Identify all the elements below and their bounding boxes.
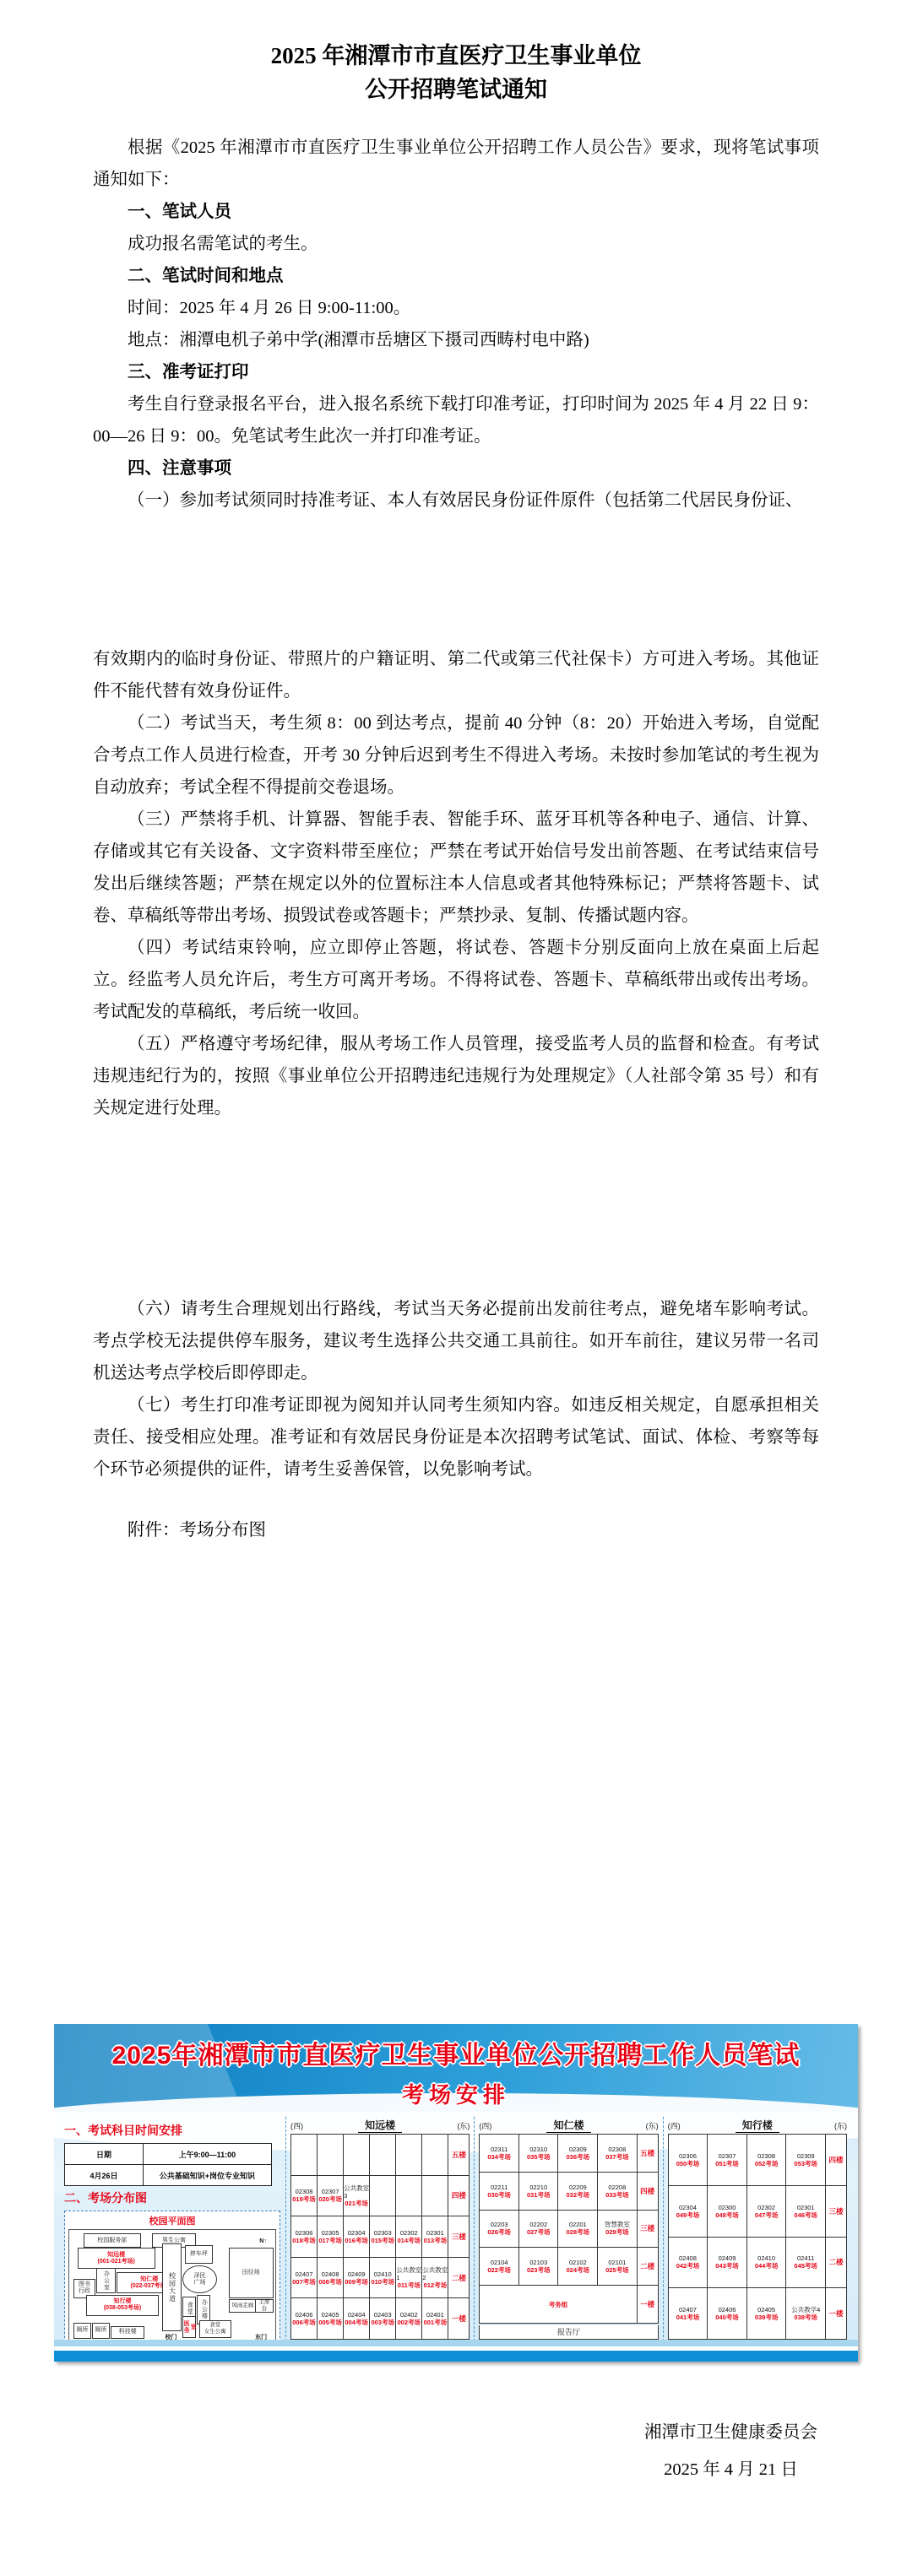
exam-hall-number: 024考场 — [567, 2266, 590, 2274]
exam-room-cell — [422, 2176, 448, 2216]
exam-hall-number: 040考场 — [715, 2314, 739, 2321]
exam-room-cell: 02401001考场 — [422, 2298, 448, 2339]
room-number: 02102 — [569, 2259, 587, 2266]
map-campus-service: 校园服务部 — [84, 2233, 140, 2248]
buildings-row: (西)知远楼(东)五楼02308019考场02307020考场公共教室3021考… — [285, 2117, 851, 2341]
room-number: 02405 — [757, 2306, 775, 2314]
paragraph: 二、笔试时间和地点 — [93, 260, 819, 292]
exam-hall-number: 046考场 — [794, 2211, 817, 2219]
exam-room-cell: 02203026考场 — [480, 2211, 519, 2248]
exam-room-cell: 02306018考场 — [291, 2216, 318, 2257]
floor-label: 一楼 — [448, 2298, 469, 2339]
exam-hall-number: 031考场 — [527, 2191, 551, 2199]
exam-room-poster: 2025年湘潭市市直医疗卫生事业单位公开招聘工作人员笔试 考场安排 一、考试科目… — [54, 2024, 858, 2362]
exam-hall-number: 041考场 — [676, 2314, 700, 2321]
map-zemin-plaza: 泽民广场 — [182, 2265, 217, 2293]
paragraph: （六）请考生合理规划出行路线，考试当天务必提前出发前往考点，避免堵车影响考试。考… — [93, 1293, 819, 1389]
exam-room-cell: 02104022考场 — [480, 2248, 519, 2285]
room-number: 02304 — [348, 2229, 366, 2237]
poster-content: 一、考试科目时间安排 日期上午9:00—11:004月26日公共基础知识+岗位专… — [54, 2112, 858, 2341]
schedule-row: 日期上午9:00—11:00 — [65, 2144, 272, 2165]
room-number: 02301 — [426, 2229, 444, 2237]
exam-room-cell: 公共教室2012考场 — [422, 2258, 448, 2298]
west-label: (西) — [479, 2120, 491, 2131]
exam-room-cell: 02209032考场 — [558, 2173, 598, 2210]
exam-room-cell: 02306050考场 — [669, 2135, 708, 2185]
room-number: 02406 — [296, 2311, 313, 2319]
exam-hall-number: 016考场 — [345, 2237, 368, 2244]
west-label: (西) — [668, 2120, 681, 2131]
exam-hall-number: 033考场 — [605, 2191, 629, 2199]
exam-room-cell — [422, 2135, 448, 2175]
exam-hall-number: 028考场 — [567, 2228, 590, 2236]
exam-hall-number: 005考场 — [318, 2319, 342, 2326]
paragraph: 附件：考场分布图 — [93, 1514, 819, 1546]
room-number: 02310 — [529, 2146, 547, 2153]
paragraph: 时间：2025 年 4 月 26 日 9:00-11:00。 — [93, 292, 819, 324]
room-number: 02407 — [679, 2306, 697, 2314]
schedule-cell: 公共基础知识+岗位专业知识 — [144, 2165, 272, 2186]
room-number: 02104 — [491, 2259, 508, 2266]
exam-room-cell: 智慧教室029考场 — [598, 2211, 638, 2248]
paragraph: （三）严禁将手机、计算器、智能手表、智能手环、蓝牙耳机等各种电子、通信、计算、存… — [93, 804, 819, 932]
west-label: (西) — [290, 2120, 303, 2131]
exam-room-cell: 02302014考场 — [396, 2216, 422, 2257]
floor-label: 五楼 — [448, 2135, 469, 2175]
map-label-line: 广场 — [193, 2280, 205, 2286]
exam-hall-number: 考务组 — [549, 2301, 568, 2308]
floor-row: 02407041考场02406040考场02405039考场公共教学4038考场… — [669, 2288, 846, 2339]
exam-hall-number: 044考场 — [755, 2262, 779, 2270]
schedule-cell: 4月26日 — [65, 2165, 144, 2186]
exam-room-cell: 02201028考场 — [558, 2211, 598, 2248]
room-number: 02305 — [322, 2229, 339, 2237]
exam-room-cell: 公共教室3021考场 — [344, 2176, 370, 2216]
room-number: 02401 — [426, 2311, 444, 2319]
exam-room-cell: 02410044考场 — [747, 2238, 787, 2288]
exam-room-cell: 02308019考场 — [291, 2176, 318, 2216]
poster-banner: 2025年湘潭市市直医疗卫生事业单位公开招聘工作人员笔试 考场安排 — [54, 2024, 858, 2112]
building-floor-grid: 02306050考场02307051考场02308052考场02309053考场… — [668, 2134, 847, 2340]
exam-hall-number: 007考场 — [292, 2278, 316, 2286]
paragraph: 四、注意事项 — [93, 452, 819, 484]
floor-row: 02304049考场02300048考场02302047考场02301046考场… — [669, 2186, 846, 2238]
exam-hall-number: 051考场 — [715, 2160, 739, 2167]
exam-hall-number: 043考场 — [715, 2262, 739, 2270]
map-science-building: 科技楼 — [111, 2326, 145, 2340]
exam-hall-number: 039考场 — [755, 2314, 779, 2321]
paragraph: 考生自行登录报名平台，进入报名系统下载打印准考证，打印时间为 2025 年 4 … — [93, 388, 819, 452]
building-name: 知行楼 — [736, 2118, 779, 2133]
schedule-cell: 上午9:00—11:00 — [144, 2144, 272, 2165]
building-name: 知仁楼 — [546, 2118, 590, 2133]
exam-hall-number: 048考场 — [715, 2211, 739, 2219]
room-number: 02404 — [348, 2311, 366, 2319]
exam-hall-number: 013考场 — [424, 2237, 448, 2244]
room-number: 公共教室3 — [344, 2184, 369, 2200]
exam-hall-number: 002考场 — [398, 2319, 421, 2326]
exam-room-cell: 公共教学4038考场 — [786, 2288, 826, 2339]
exam-hall-number: 047考场 — [755, 2211, 779, 2219]
room-number: 公共教室2 — [422, 2266, 448, 2281]
floor-row: 02407007考场02408008考场02409009考场02410010考场… — [291, 2258, 469, 2299]
exam-room-cell: 02211030考场 — [480, 2173, 519, 2210]
poster-left-column: 一、考试科目时间安排 日期上午9:00—11:004月26日公共基础知识+岗位专… — [61, 2117, 285, 2341]
exam-room-cell: 02407007考场 — [291, 2258, 318, 2298]
poster-banner-subtitle: 考场安排 — [54, 2078, 858, 2109]
room-number: 02406 — [719, 2306, 736, 2314]
exam-hall-number: 010考场 — [371, 2278, 394, 2286]
exam-room-cell: 02311034考场 — [480, 2135, 519, 2172]
schedule-row: 4月26日公共基础知识+岗位专业知识 — [65, 2165, 272, 2186]
exam-room-cell: 02302047考场 — [747, 2186, 787, 2237]
exam-room-cell: 02304016考场 — [344, 2216, 370, 2257]
building-header: (西)知远楼(东) — [290, 2117, 470, 2134]
building-panel-知远楼: (西)知远楼(东)五楼02308019考场02307020考场公共教室3021考… — [285, 2117, 474, 2341]
room-number: 02409 — [348, 2270, 366, 2278]
stripe-light — [54, 2340, 858, 2346]
document-page: 2025 年湘潭市市直医疗卫生事业单位 公开招聘笔试通知 根据《2025 年湘潭… — [0, 0, 912, 1546]
exam-hall-number: 035考场 — [527, 2153, 551, 2161]
exam-room-cell: 02406006考场 — [291, 2298, 318, 2339]
exam-room-cell: 02309036考场 — [558, 2135, 598, 2172]
floor-row: 02308019考场02307020考场公共教室3021考场四楼 — [291, 2176, 469, 2217]
room-number: 02410 — [374, 2270, 392, 2278]
room-number: 02302 — [757, 2204, 775, 2211]
exam-room-cell: 02202027考场 — [519, 2211, 559, 2248]
exam-room-cell: 02409009考场 — [344, 2258, 370, 2298]
exam-room-cell — [370, 2176, 396, 2216]
exam-room-cell: 02405039考场 — [747, 2288, 787, 2339]
exam-room-cell — [396, 2176, 422, 2216]
paragraph: 有效期内的临时身份证、带照片的户籍证明、第二代或第三代社保卡）方可进入考场。其他… — [93, 643, 819, 707]
signature-block: 湘潭市卫生健康委员会 2025 年 4 月 21 日 — [644, 2414, 817, 2488]
map-parking: 停车坪 — [185, 2245, 213, 2263]
exam-hall-number: 009考场 — [345, 2278, 368, 2286]
building-floor-grid: 02311034考场02310035考场02309036考场02308037考场… — [479, 2134, 658, 2324]
floor-row: 五楼 — [291, 2135, 469, 2176]
paragraph: 一、笔试人员 — [93, 196, 819, 228]
room-number: 02407 — [296, 2270, 313, 2278]
map-campus-avenue: 校园大道 — [162, 2243, 182, 2331]
exam-room-cell: 02301046考场 — [786, 2186, 826, 2237]
poster-bottom-stripes — [54, 2340, 858, 2362]
floor-label: 二楼 — [826, 2238, 846, 2288]
exam-hall-number: 022考场 — [487, 2266, 511, 2274]
exam-hall-number: 008考场 — [318, 2278, 342, 2286]
exam-room-cell: 02300048考场 — [708, 2186, 747, 2237]
floor-row: 02306050考场02307051考场02308052考场02309053考场… — [669, 2135, 846, 2186]
exam-hall-number: 004考场 — [345, 2319, 368, 2326]
room-number: 02405 — [322, 2311, 339, 2319]
east-label: (东) — [457, 2120, 470, 2131]
floor-label: 四楼 — [638, 2173, 658, 2210]
exam-room-cell: 公共教室1011考场 — [396, 2258, 422, 2298]
room-number: 02311 — [491, 2146, 508, 2153]
room-number: 公共教学4 — [791, 2306, 820, 2314]
building-panel-知仁楼: (西)知仁楼(东)02311034考场02310035考场02309036考场0… — [474, 2117, 662, 2341]
building-footer: 报告厅 — [479, 2325, 658, 2340]
room-number: 02306 — [679, 2152, 697, 2160]
paragraph: （一）参加考试须同时持准考证、本人有效居民身份证件原件（包括第二代居民身份证、 — [93, 484, 819, 517]
exam-hall-number: 020考场 — [318, 2195, 342, 2203]
exam-room-cell: 02405005考场 — [318, 2298, 344, 2339]
room-number: 02211 — [491, 2184, 508, 2191]
map-label-line: (038-053考场) — [104, 2305, 141, 2312]
exam-hall-number: 023考场 — [527, 2266, 551, 2274]
exam-hall-number: 038考场 — [794, 2314, 817, 2321]
exam-room-cell — [344, 2135, 370, 2175]
floor-row: 02306018考场02305017考场02304016考场02303015考场… — [291, 2216, 469, 2258]
room-number: 02408 — [322, 2270, 339, 2278]
room-number: 02300 — [719, 2204, 736, 2211]
floor-row: 02104022考场02103023考场02102024考场02101025考场… — [480, 2248, 657, 2286]
floor-row: 02406006考场02405005考场02404004考场02403003考场… — [291, 2298, 469, 2339]
exam-hall-number: 032考场 — [567, 2191, 590, 2199]
document-body: 根据《2025 年湘潭市市直医疗卫生事业单位公开招聘工作人员公告》要求，现将笔试… — [93, 132, 819, 1546]
map-restroom: 厕所 — [92, 2323, 110, 2340]
document-title-line1: 2025 年湘潭市市直医疗卫生事业单位 — [93, 39, 819, 73]
exam-room-cell: 02103023考场 — [519, 2248, 559, 2285]
exam-hall-number: 012考场 — [424, 2281, 448, 2289]
exam-room-cell: 02101025考场 — [598, 2248, 638, 2285]
exam-room-cell: 02410010考场 — [370, 2258, 396, 2298]
room-number: 公共教室1 — [396, 2266, 421, 2281]
schedule-table-body: 日期上午9:00—11:004月26日公共基础知识+岗位专业知识 — [65, 2144, 272, 2186]
exam-hall-number: 053考场 — [794, 2160, 817, 2167]
exam-hall-number: 029考场 — [605, 2228, 629, 2236]
room-number: 02306 — [296, 2229, 313, 2237]
exam-room-cell — [291, 2135, 318, 2175]
map-zhixing-building: 知行楼(038-053考场) — [86, 2295, 160, 2316]
exam-hall-number: 003考场 — [371, 2319, 394, 2326]
exam-room-cell: 02303015考场 — [370, 2216, 396, 2257]
map-label-line: 泽民 — [193, 2273, 205, 2280]
stripe-blue — [54, 2351, 858, 2362]
exam-room-cell: 02305017考场 — [318, 2216, 344, 2257]
floor-label: 二楼 — [638, 2248, 658, 2285]
room-number: 02301 — [797, 2204, 815, 2211]
building-header: (西)知仁楼(东) — [479, 2117, 658, 2134]
exam-hall-number: 037考场 — [605, 2153, 629, 2161]
exam-room-cell: 02307020考场 — [318, 2176, 344, 2216]
poster-banner-title: 2025年湘潭市市直医疗卫生事业单位公开招聘工作人员笔试 — [54, 2024, 858, 2071]
campus-map-title: 校园平面图 — [68, 2214, 276, 2227]
exam-hall-number: 049考场 — [676, 2211, 700, 2219]
map-stage: 主席台 — [255, 2299, 273, 2313]
signature-org: 湘潭市卫生健康委员会 — [644, 2414, 817, 2451]
exam-room-cell: 02308037考场 — [598, 2135, 638, 2172]
exam-room-cell: 02404004考场 — [344, 2298, 370, 2339]
exam-hall-number: 017考场 — [318, 2237, 342, 2244]
room-number: 02308 — [757, 2152, 775, 2160]
exam-room-cell: 02210031考场 — [519, 2173, 559, 2210]
schedule-cell: 日期 — [65, 2144, 144, 2165]
room-number: 02101 — [608, 2259, 626, 2266]
exam-hall-number: 036考场 — [567, 2153, 590, 2161]
room-number: 02210 — [529, 2184, 547, 2191]
exam-room-cell: 02406040考场 — [708, 2288, 747, 2339]
room-number: 02402 — [400, 2311, 418, 2319]
exam-room-cell: 02403003考场 — [370, 2298, 396, 2339]
room-number: 02309 — [569, 2146, 587, 2153]
floor-row: 考务组一楼 — [480, 2286, 657, 2323]
floor-row: 02408042考场02409043考场02410044考场02411045考场… — [669, 2238, 846, 2289]
exam-room-cell: 02310035考场 — [519, 2135, 559, 2172]
floor-label: 五楼 — [638, 2135, 658, 2172]
map-label-line: 知行楼 — [113, 2298, 131, 2305]
paragraph: （四）考试结束铃响，应立即停止答题，将试卷、答题卡分别反面向上放在桌面上后起立。… — [93, 932, 819, 1028]
paragraph: 地点：湘潭电机子弟中学(湘潭市岳塘区下摄司西畴村电中路) — [93, 324, 819, 356]
map-label-line: (001-021考场) — [97, 2259, 134, 2265]
schedule-section-title: 一、考试科目时间安排 — [64, 2122, 280, 2139]
exam-hall-number: 030考场 — [487, 2191, 511, 2199]
floor-label: 三楼 — [638, 2211, 658, 2248]
exam-room-cell — [318, 2135, 344, 2175]
paragraph: 根据《2025 年湘潭市市直医疗卫生事业单位公开招聘工作人员公告》要求，现将笔试… — [93, 132, 819, 196]
paragraph: 三、准考证打印 — [93, 356, 819, 388]
exam-room-cell: 02407041考场 — [669, 2288, 708, 2339]
room-number: 02209 — [569, 2184, 587, 2191]
floor-label: 一楼 — [826, 2288, 846, 2339]
exam-hall-number: 025考场 — [605, 2266, 629, 2274]
room-number: 02103 — [529, 2259, 547, 2266]
floor-label: 三楼 — [448, 2216, 469, 2257]
map-zhiyuan-building: 知远楼(001-021考场) — [78, 2248, 155, 2269]
room-number: 02307 — [719, 2152, 736, 2160]
exam-hall-number: 026考场 — [487, 2228, 511, 2236]
map-label-line: 女生公寓 — [204, 2329, 226, 2335]
signature-date: 2025 年 4 月 21 日 — [644, 2451, 817, 2488]
campus-map-area: 校园服务部男生公寓N↑知远楼(001-021考场)办公室图书行政知仁楼(022-… — [68, 2229, 276, 2342]
exam-room-cell: 考务组 — [480, 2286, 637, 2323]
map-track-field: 田径场 — [229, 2248, 274, 2297]
map-label-line: 知仁楼 — [140, 2276, 158, 2283]
exam-hall-number: 050考场 — [676, 2160, 700, 2167]
map-label-line: 知远楼 — [107, 2252, 125, 2259]
building-floor-grid: 五楼02308019考场02307020考场公共教室3021考场四楼023060… — [290, 2134, 470, 2340]
exam-room-cell: 02301013考场 — [422, 2216, 448, 2257]
exam-hall-number: 015考场 — [371, 2237, 394, 2244]
exam-hall-number: 011考场 — [398, 2281, 421, 2289]
map-female-dorm: 食堂女生公寓 — [199, 2320, 231, 2338]
exam-room-cell: 02102024考场 — [558, 2248, 598, 2285]
exam-room-cell — [370, 2135, 396, 2175]
exam-room-cell: 02308052考场 — [747, 2135, 787, 2185]
building-panel-知行楼: (西)知行楼(东)02306050考场02307051考场02308052考场0… — [663, 2117, 851, 2341]
building-name: 知远楼 — [358, 2118, 402, 2133]
room-number: 02304 — [679, 2204, 697, 2211]
document-title-line2: 公开招聘笔试通知 — [93, 73, 819, 106]
map-restroom: 厕所 — [73, 2323, 91, 2340]
floor-label: 三楼 — [826, 2186, 846, 2237]
paragraph: （二）考试当天，考生须 8：00 到达考点，提前 40 分钟（8：20）开始进入… — [93, 707, 819, 804]
exam-schedule-table: 日期上午9:00—11:004月26日公共基础知识+岗位专业知识 — [64, 2143, 272, 2186]
building-header: (西)知行楼(东) — [668, 2117, 847, 2134]
room-number: 02302 — [400, 2229, 418, 2237]
floor-row: 02211030考场02210031考场02209032考场02208033考场… — [480, 2173, 657, 2211]
map-corridor: 风雨走廊 — [229, 2299, 257, 2313]
exam-room-cell: 02408042考场 — [669, 2238, 708, 2288]
exam-hall-number: 027考场 — [527, 2228, 551, 2236]
exam-hall-number: 014考场 — [398, 2237, 421, 2244]
exam-hall-number: 042考场 — [676, 2262, 700, 2270]
paragraph: （七）考生打印准考证即视为阅知并认同考生须知内容。如违反相关规定，自愿承担相关责… — [93, 1389, 819, 1486]
exam-room-cell: 02309053考场 — [786, 2135, 826, 2185]
exam-room-cell — [396, 2135, 422, 2175]
floor-label: 四楼 — [448, 2176, 469, 2216]
floor-label: 二楼 — [448, 2258, 469, 2298]
exam-hall-number: 045考场 — [794, 2262, 817, 2270]
exam-hall-number: 034考场 — [487, 2153, 511, 2161]
room-number: 02309 — [797, 2152, 815, 2160]
east-label: (东) — [646, 2120, 659, 2131]
exam-hall-number: 006考场 — [292, 2319, 316, 2326]
floor-label: 四楼 — [826, 2135, 846, 2185]
room-number: 02303 — [374, 2229, 392, 2237]
exam-room-cell: 02304049考场 — [669, 2186, 708, 2237]
exam-room-cell: 02307051考场 — [708, 2135, 747, 2185]
exam-room-cell: 02208033考场 — [598, 2173, 638, 2210]
map-section-title: 二、考场分布图 — [64, 2189, 280, 2206]
exam-room-cell: 02408008考场 — [318, 2258, 344, 2298]
exam-room-cell: 02409043考场 — [708, 2238, 747, 2288]
exam-room-cell: 02411045考场 — [786, 2238, 826, 2288]
exam-hall-number: 052考场 — [755, 2160, 779, 2167]
floor-row: 02203026考场02202027考场02201028考场智慧教室029考场三… — [480, 2211, 657, 2249]
room-number: 02208 — [608, 2184, 626, 2191]
exam-hall-number: 019考场 — [292, 2195, 316, 2203]
exam-hall-number: 018考场 — [292, 2237, 316, 2244]
floor-label: 一楼 — [638, 2286, 658, 2323]
floor-row: 02311034考场02310035考场02309036考场02308037考场… — [480, 2135, 657, 2173]
map-office: 办公室 — [96, 2268, 117, 2293]
paragraph: 成功报名需笔试的考生。 — [93, 228, 819, 260]
exam-room-cell: 02402002考场 — [396, 2298, 422, 2339]
room-number: 02308 — [608, 2146, 626, 2153]
map-medical-room: 医务室 — [182, 2316, 196, 2338]
room-number: 02403 — [374, 2311, 392, 2319]
exam-hall-number: 001考场 — [424, 2319, 448, 2326]
east-label: (东) — [834, 2120, 847, 2131]
exam-hall-number: 021考场 — [345, 2200, 368, 2207]
paragraph: （五）严格遵守考场纪律，服从考场工作人员管理，接受监考人员的监督和检查。有考试违… — [93, 1028, 819, 1124]
